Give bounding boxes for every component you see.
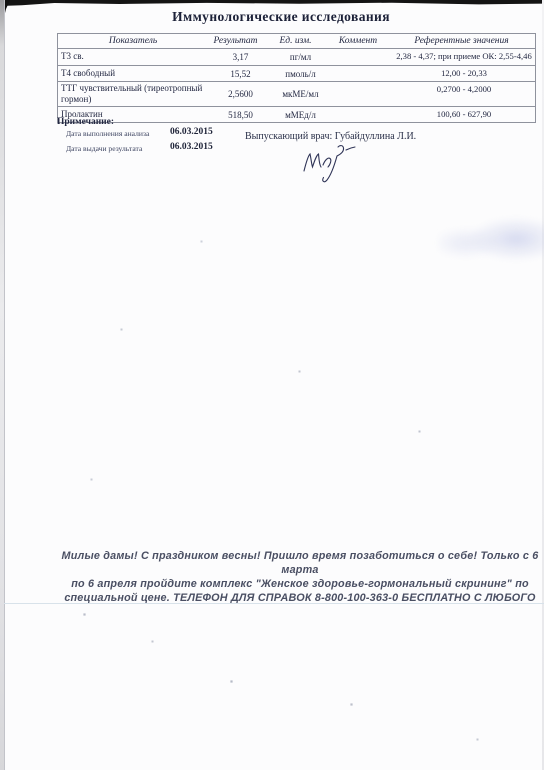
cell-result: 2,5600 — [213, 89, 268, 99]
result-issue-date-label: Дата выдачи результата — [66, 144, 142, 153]
scan-top-edge-artifact — [0, 0, 544, 6]
result-issue-date-value: 06.03.2015 — [170, 142, 213, 152]
signature-scribble-icon — [298, 141, 360, 185]
promo-line: специальной цене. ТЕЛЕФОН ДЛЯ СПРАВОК 8-… — [59, 591, 541, 603]
page-title: Иммунологические исследования — [0, 9, 544, 25]
promo-line: Милые дамы! С праздником весны! Пришло в… — [59, 549, 541, 577]
scanned-lab-report-page: Иммунологические исследования Показатель… — [0, 0, 544, 770]
cell-unit: мМЕд/л — [268, 110, 333, 120]
cell-reference: 0,2700 - 4,2000 — [393, 82, 535, 94]
analysis-date-label: Дата выполнения анализа — [66, 129, 149, 138]
cell-result: 3,17 — [213, 52, 268, 62]
header-result: Результат — [208, 36, 263, 46]
results-table: Показатель Результат Ед. изм. Коммент Ре… — [57, 33, 536, 123]
cell-result: 518,50 — [213, 110, 268, 120]
table-row: Т3 св. 3,17 пг/мл 2,38 - 4,37; при прием… — [58, 49, 535, 66]
table-row: ТТГ чувствительный (тиреотропный гормон)… — [58, 82, 535, 107]
doctor-signature — [298, 141, 360, 190]
header-unit: Ед. изм. — [263, 36, 328, 46]
header-reference: Референтные значения — [388, 36, 535, 46]
cell-reference: 12,00 - 20,33 — [393, 66, 535, 78]
scan-dust-specks — [0, 0, 1, 1]
table-row: Пролактин 518,50 мМЕд/л 100,60 - 627,90 — [58, 107, 535, 123]
results-table-body: Т3 св. 3,17 пг/мл 2,38 - 4,37; при прием… — [57, 49, 536, 123]
cell-reference: 100,60 - 627,90 — [393, 107, 535, 119]
promo-announcement: Милые дамы! С праздником весны! Пришло в… — [59, 549, 541, 603]
analysis-date-value: 06.03.2015 — [170, 127, 213, 137]
scan-smudge-stain — [438, 200, 544, 278]
notes-heading: Примечание: — [57, 117, 114, 127]
cell-result: 15,52 — [213, 69, 268, 79]
cell-indicator: Т4 свободный — [58, 67, 213, 80]
table-row: Т4 свободный 15,52 пмоль/л 12,00 - 20,33 — [58, 66, 535, 82]
cell-indicator: Т3 св. — [58, 50, 213, 63]
header-comment: Коммент — [328, 36, 388, 46]
cell-unit: пг/мл — [268, 52, 333, 62]
cell-unit: пмоль/л — [268, 69, 333, 79]
results-table-header-row: Показатель Результат Ед. изм. Коммент Ре… — [57, 33, 536, 49]
scan-left-edge-artifact — [0, 0, 5, 770]
cell-indicator: ТТГ чувствительный (тиреотропный гормон) — [58, 82, 213, 107]
header-indicator: Показатель — [58, 36, 208, 46]
page-fold-line — [4, 603, 544, 604]
cell-unit: мкМЕ/мл — [268, 89, 333, 99]
promo-line: по 6 апреля пройдите комплекс "Женское з… — [59, 577, 541, 591]
cell-reference: 2,38 - 4,37; при приеме ОК: 2,55-4,46 — [393, 49, 535, 61]
